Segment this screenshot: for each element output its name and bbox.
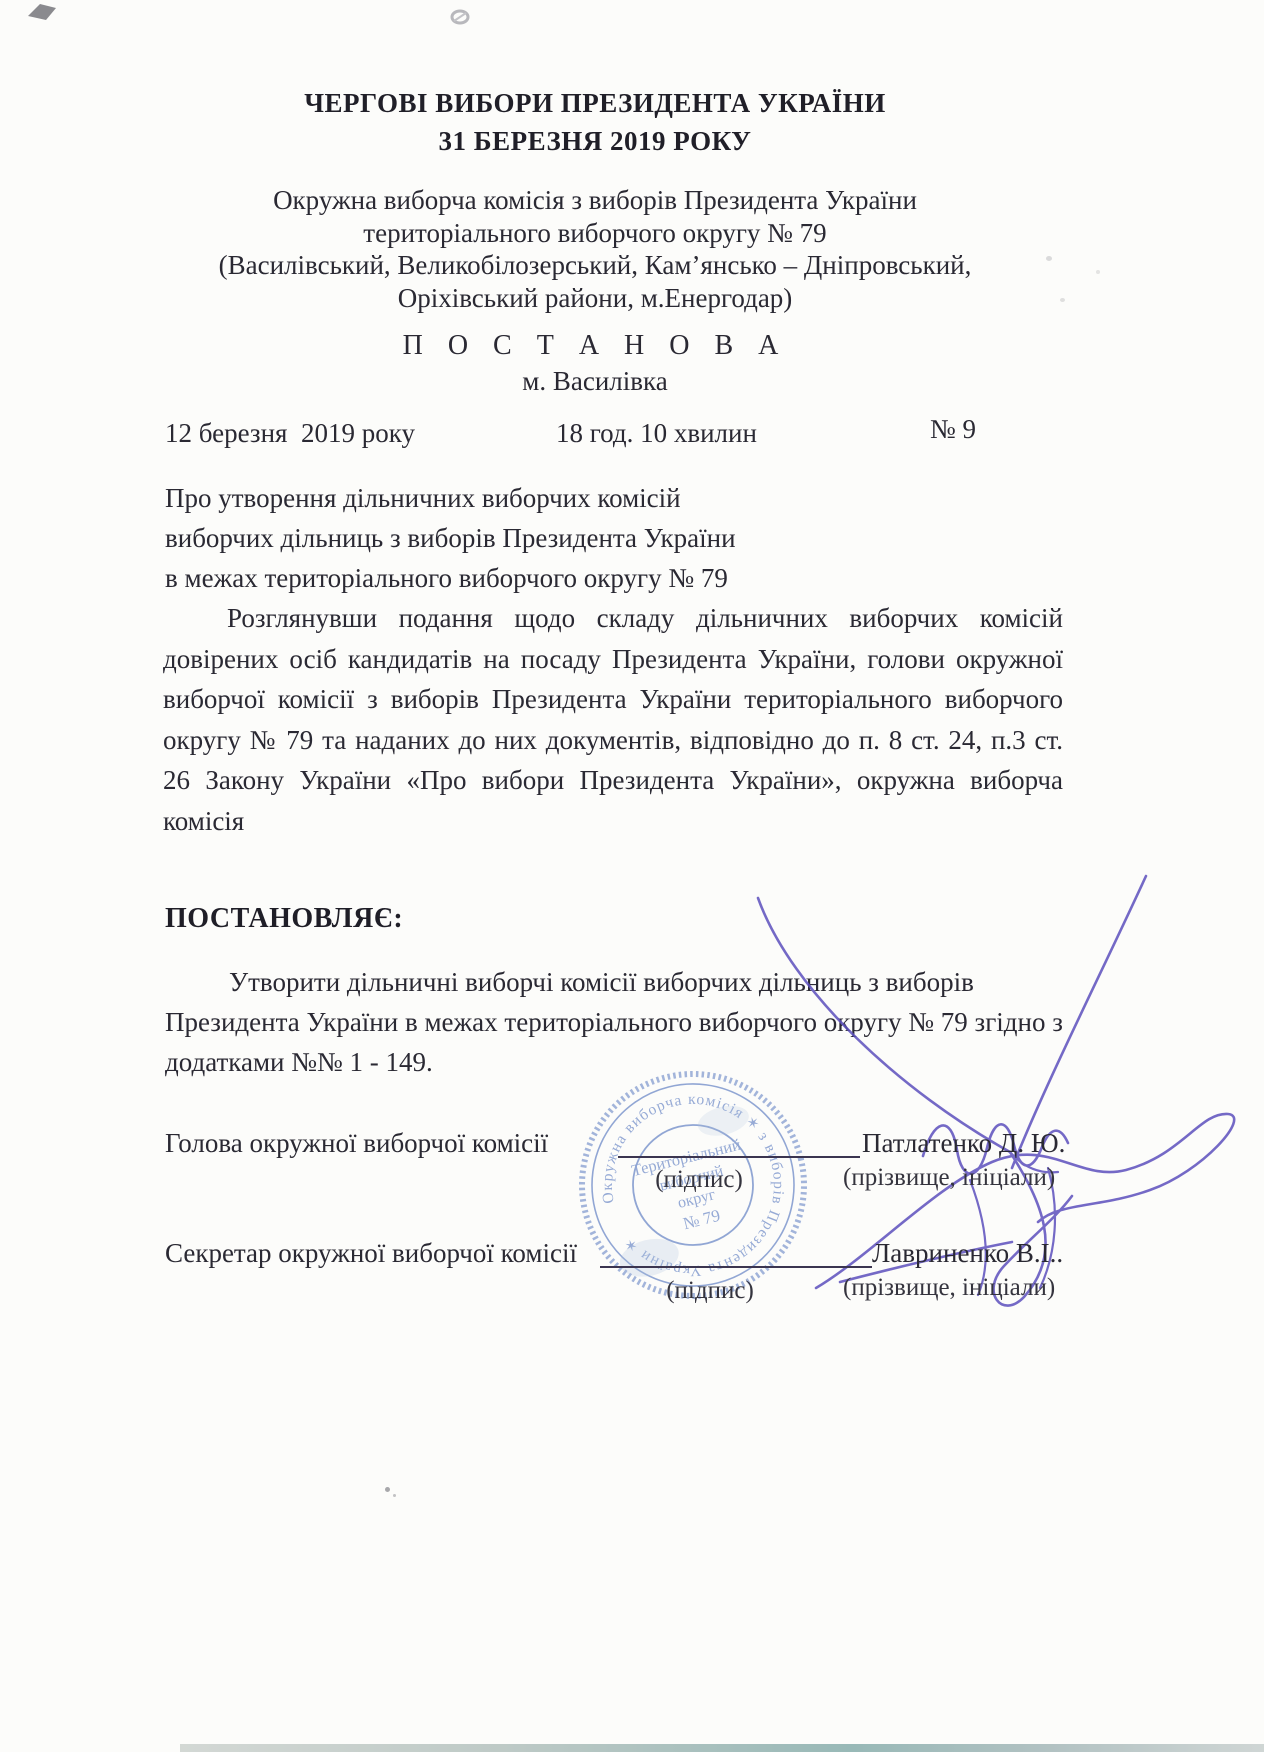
commission-block: Окружна виборча комісія з виборів Презид… [0,184,1190,314]
scan-artifact-corner [26,2,62,22]
scan-edge-shadow [180,1744,1264,1752]
document-date: 12 березня 2019 року [165,418,415,449]
signature1-caption: (підпис) [634,1166,764,1194]
signature2-line [600,1266,872,1268]
signature1-role: Голова окружної виборчої комісії [165,1128,548,1159]
signature2-name-caption: (прізвище, ініціали) [843,1274,1055,1302]
commission-line1: Окружна виборча комісія з виборів Презид… [0,184,1190,217]
commission-line4: Оріхівський райони, м.Енергодар) [0,282,1190,315]
subject-line1: Про утворення дільничних виборчих комісі… [165,478,736,518]
commission-line3: (Василівський, Великобілозерський, Кам’я… [0,249,1190,282]
document-header: ЧЕРГОВІ ВИБОРИ ПРЕЗИДЕНТА УКРАЇНИ 31 БЕР… [0,84,1190,160]
signature2-role: Секретар окружної виборчої комісії [165,1238,577,1269]
signature2-name: Лавриненко В.І.. [872,1238,1063,1269]
subject-block: Про утворення дільничних виборчих комісі… [165,478,736,598]
subject-line2: виборчих дільниць з виборів Президента У… [165,518,736,558]
document-time: 18 год. 10 хвилин [556,418,757,449]
resolve-word: ПОСТАНОВЛЯЄ: [165,903,403,935]
signature1-name: Патлатенко Д. Ю. [862,1128,1065,1159]
scanned-document-page: ЧЕРГОВІ ВИБОРИ ПРЕЗИДЕНТА УКРАЇНИ 31 БЕР… [0,0,1264,1752]
signature2-caption: (підпис) [645,1277,775,1305]
document-number: № 9 [930,414,976,445]
body-paragraph-1: Розглянувши подання щодо складу дільничн… [163,598,1063,841]
header-line2: 31 БЕРЕЗНЯ 2019 РОКУ [0,122,1190,160]
scan-speck [393,1494,396,1497]
document-type-title: П О С Т А Н О В А [0,330,1190,362]
header-line1: ЧЕРГОВІ ВИБОРИ ПРЕЗИДЕНТА УКРАЇНИ [0,84,1190,122]
scan-speck [385,1487,390,1492]
signature1-name-caption: (прізвище, ініціали) [843,1164,1055,1192]
scan-artifact-hole [449,8,471,26]
signature1-line [618,1156,860,1158]
subject-line3: в межах територіального виборчого округу… [165,558,736,598]
commission-line2: територіального виборчого округу № 79 [0,217,1190,250]
document-place: м. Василівка [0,366,1190,397]
